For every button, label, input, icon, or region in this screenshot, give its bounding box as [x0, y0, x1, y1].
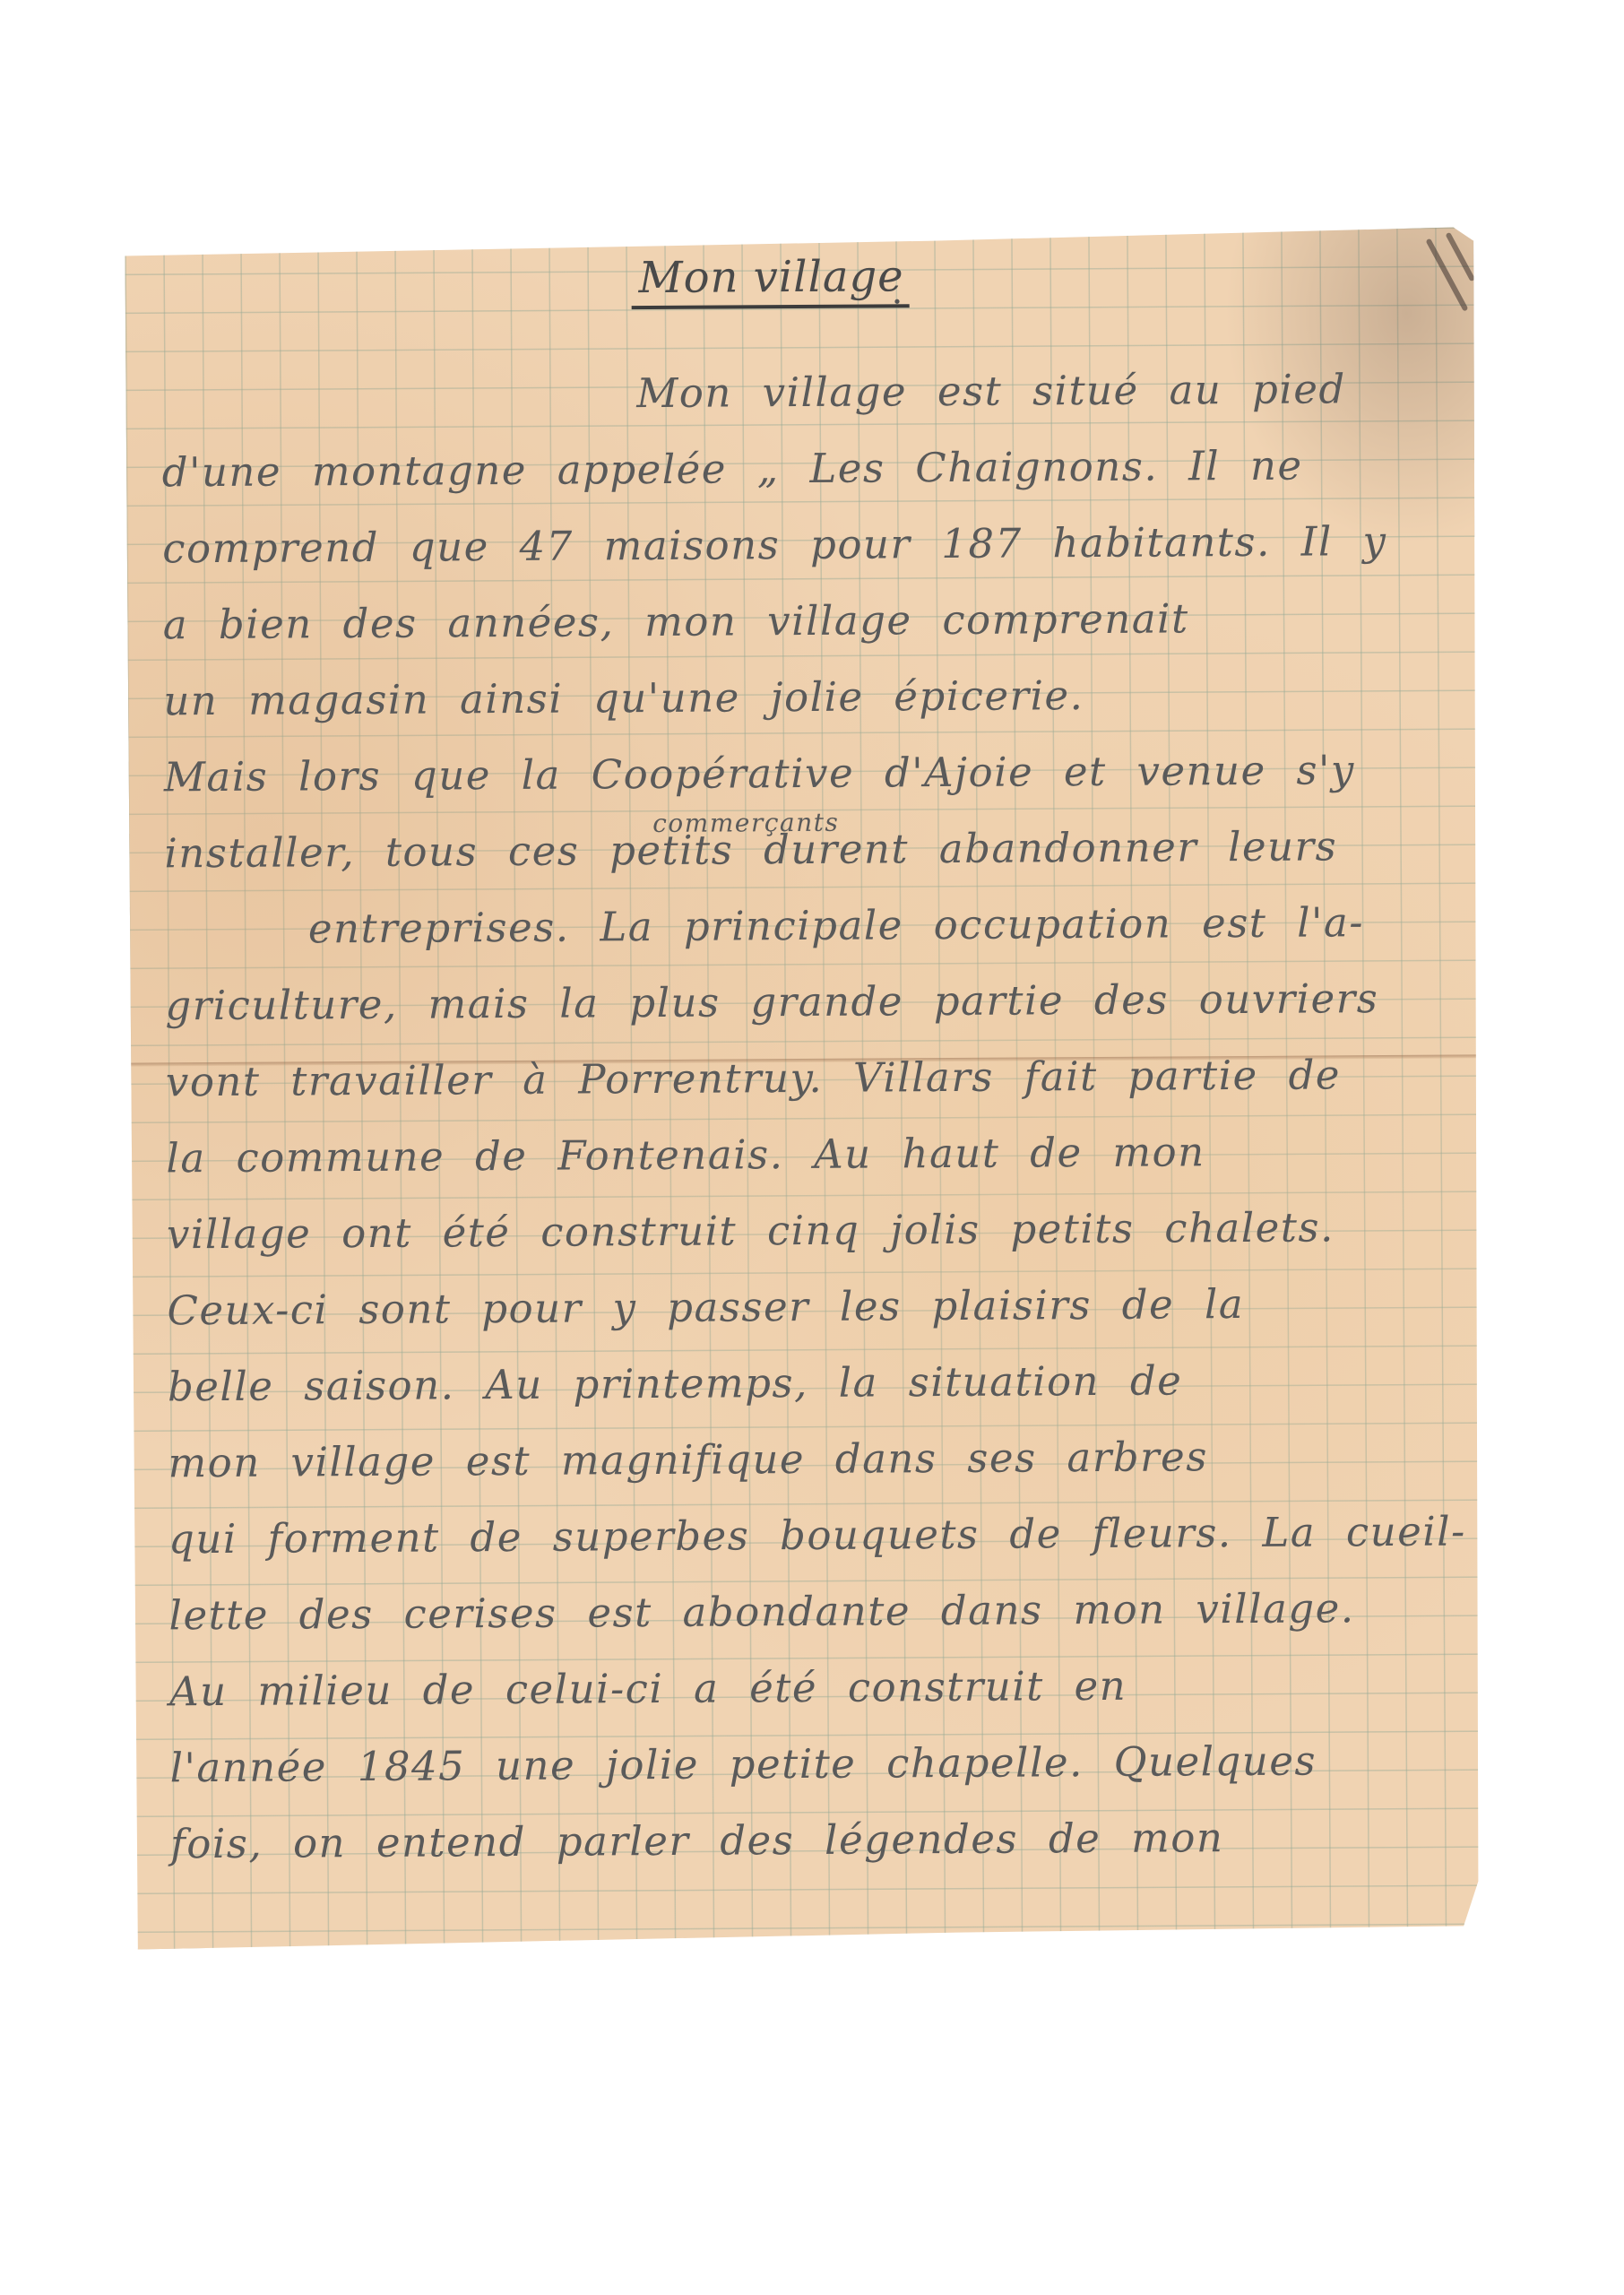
text-line: village ont été construit cinq jolis pet… — [167, 1196, 1462, 1267]
text-line: fois, on entend parler des légendes de m… — [170, 1806, 1465, 1876]
text-line: qui forment de superbes bouquets de fleu… — [168, 1501, 1464, 1572]
text-line: a bien des années, mon village comprenai… — [163, 586, 1458, 657]
text-line: la commune de Fontenais. Au haut de mon — [166, 1120, 1461, 1191]
handwritten-body: Mon village est situé au pied d'une mont… — [125, 227, 1484, 1949]
text-line: comprend que 47 maisons pour 187 habitan… — [162, 510, 1457, 581]
text-line: entreprises. La principale occupation es… — [165, 891, 1460, 962]
text-line: l'année 1845 une jolie petite chapelle. … — [169, 1729, 1464, 1800]
notebook-page: Mon village . Mon village est situé au p… — [125, 227, 1484, 1949]
inserted-word: commerçants — [652, 792, 840, 855]
text-line: d'une montagne appelée „ Les Chaignons. … — [162, 434, 1457, 505]
text-line: installer, tous ces petits durent abando… — [164, 815, 1459, 886]
text-line: lette des cerises est abondante dans mon… — [168, 1577, 1464, 1648]
text-line: vont travailler à Porrentruy. Villars fa… — [166, 1044, 1461, 1114]
text-line: griculture, mais la plus grande partie d… — [165, 967, 1460, 1038]
text-line: Au milieu de celui-ci a été construit en — [169, 1653, 1464, 1724]
text-line: belle saison. Au printemps, la situation… — [168, 1348, 1463, 1419]
text-line: Mon village est situé au pied — [161, 358, 1456, 429]
text-line: Ceux-ci sont pour y passer les plaisirs … — [167, 1272, 1462, 1343]
text-line: un magasin ainsi qu'une jolie épicerie. — [163, 663, 1458, 733]
text-line: mon village est magnifique dans ses arbr… — [168, 1425, 1463, 1495]
